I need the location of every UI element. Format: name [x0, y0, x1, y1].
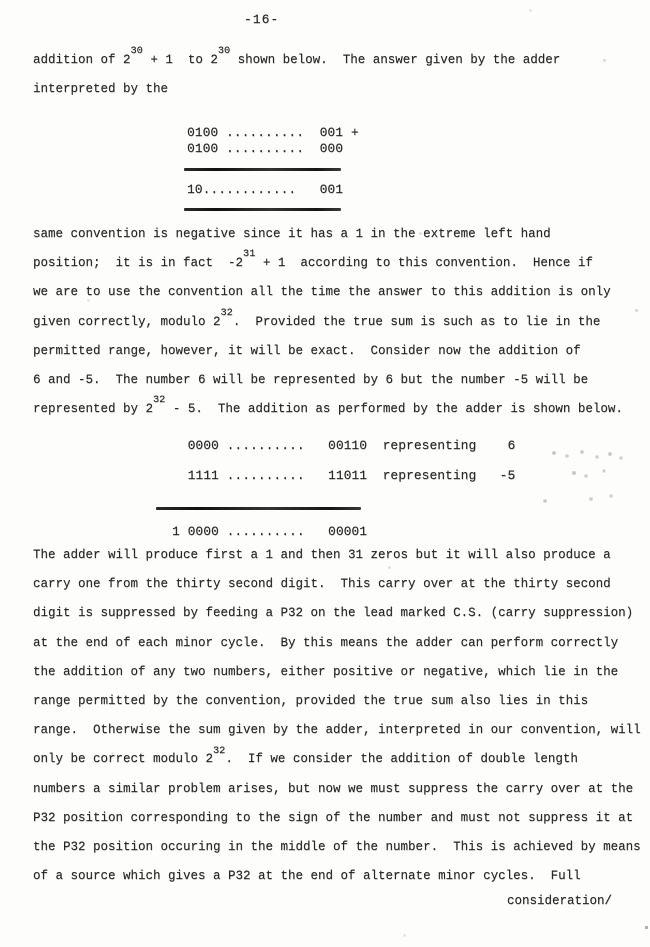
scan-noise-specks — [0, 0, 1, 1]
example1-rule-top — [184, 168, 341, 171]
page-number: -16- — [244, 12, 279, 28]
example2-operands: 0000 .......... 00110 representing 6 111… — [172, 431, 515, 491]
example2-sum-row: 1 0000 .......... 00001 — [172, 524, 367, 539]
paragraph-carry-suppression: The adder will produce first a 1 and the… — [33, 541, 641, 891]
scanned-document-page: -16- addition of 230 + 1 to 230 shown be… — [0, 0, 650, 947]
example1-operands: 0100 .......... 001 + 0100 .......... 00… — [187, 125, 359, 156]
catchword: consideration/ — [507, 893, 612, 909]
example1-sum-row: 10............ 001 — [187, 182, 343, 198]
paragraph-convention: same convention is negative since it has… — [33, 220, 623, 424]
example1-rule-bottom — [184, 208, 341, 211]
paragraph-intro: addition of 230 + 1 to 230 shown below. … — [33, 46, 560, 104]
example2-rule — [156, 507, 361, 510]
